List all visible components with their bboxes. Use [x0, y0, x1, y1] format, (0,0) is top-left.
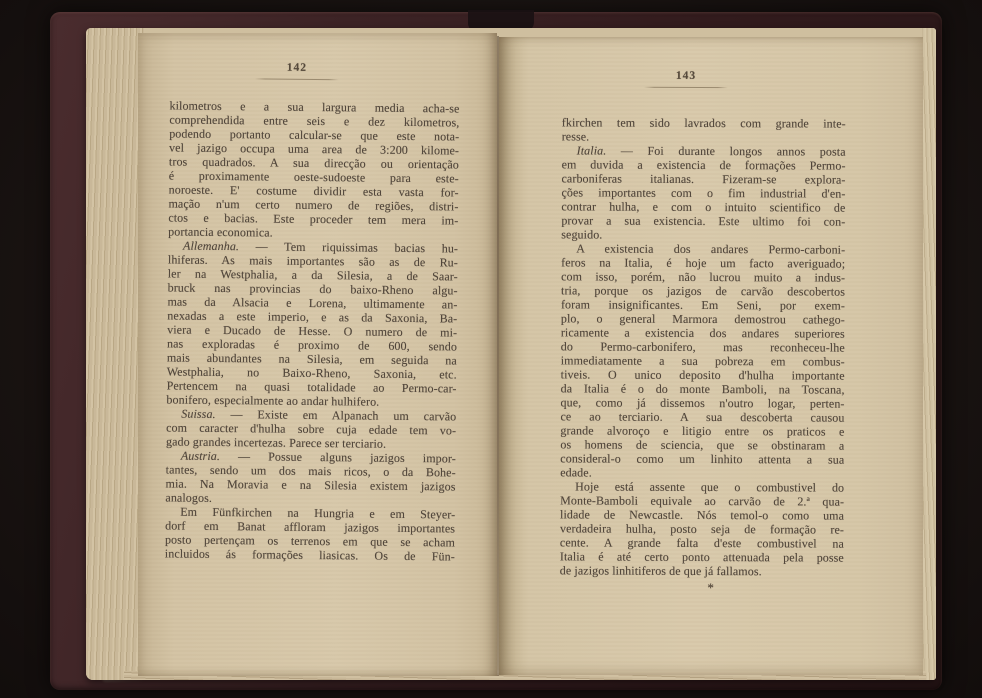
page-fore-edges-left	[86, 28, 144, 680]
text-line: A existencia dos andares Permo-carboni-	[561, 241, 845, 256]
text-line: de jazigos linhitiferos de que já fallam…	[560, 563, 844, 578]
text-line: foram insignificantes. Em Seni, por exem…	[561, 297, 845, 312]
text-line: com isso, porém, não lucrou muito a indu…	[561, 269, 845, 284]
page-left-header: 142	[152, 60, 442, 81]
text-line: Hoje está assente que o combustivel do	[560, 479, 844, 494]
text-line: contrar hulha, e com o intuito scientifi…	[561, 199, 845, 214]
book-scan-view: 142 kilometros e a sua largura media ach…	[0, 0, 982, 698]
text-line: Italia. — Foi durante longos annos posta	[562, 143, 846, 158]
page-number-left: 142	[152, 60, 442, 75]
text-line: resse.	[562, 129, 846, 144]
page-right-header: 143	[544, 69, 828, 88]
paragraph: A existencia dos andares Permo-carboni-f…	[560, 241, 845, 480]
paragraph: Hoje está assente que o combustivel doMo…	[560, 479, 844, 578]
paragraph: kilometros e a sua largura media acha-se…	[168, 98, 459, 241]
page-number-right: 143	[544, 69, 828, 82]
italic-lead-word: Austria.	[181, 449, 220, 463]
text-line: verdadeira hulha, posto seja de formação…	[560, 521, 844, 536]
text-line: seguido.	[561, 227, 845, 242]
text-line: ricamente a existencia dos andares super…	[561, 325, 845, 340]
text-line: fkirchen tem sido lavrados com grande in…	[562, 115, 846, 130]
page-right-text: fkirchen tem sido lavrados com grande in…	[560, 115, 846, 578]
italic-lead-word: Suissa.	[181, 407, 216, 421]
text-line: grande alvoroço e litigio entre os prati…	[560, 423, 844, 438]
book-gutter	[497, 36, 499, 676]
text-line: consideral-o como um linhito attenta a s…	[560, 451, 844, 466]
text-line: Monte-Bamboli equivale ao carvão de 2.ª …	[560, 493, 844, 508]
text-line: feros na Italia, é hoje um facto averigu…	[561, 255, 845, 270]
page-left-text: kilometros e a sua largura media acha-se…	[165, 98, 460, 563]
text-line: em duvida a existencia de formações Perm…	[562, 157, 846, 172]
paragraph: Austria. — Possue alguns jazigos impor-t…	[165, 448, 456, 507]
footnote-asterisk: *	[707, 580, 714, 596]
paragraph: Suissa. — Existe em Alpanach um carvãoco…	[166, 406, 456, 451]
text-line: plo, o general Marmora demostrou cathego…	[561, 311, 845, 326]
paragraph: Allemanha. — Tem riquissimas bacias hu-l…	[166, 238, 458, 409]
paragraph: Em Fünfkirchen na Hungria e em Steyer-do…	[165, 504, 456, 563]
text-line: provar a sua existencia. Este ultimo foi…	[561, 213, 845, 228]
text-line: lidade de Newcastle. Nós temol-o como um…	[560, 507, 844, 522]
text-line: do Permo-carbonifero, mas reconheceu-lhe	[561, 339, 845, 354]
text-line: immediatamente a sua pobreza em combus-	[561, 353, 845, 368]
paragraph: fkirchen tem sido lavrados com grande in…	[562, 115, 846, 144]
text-line: edade.	[560, 465, 844, 480]
text-line: da Italia é o do monte Bamboli, na Tosca…	[561, 381, 845, 396]
page-right-content: 143 fkirchen tem sido lavrados com grand…	[562, 69, 846, 70]
paragraph: Italia. — Foi durante longos annos posta…	[561, 143, 845, 242]
text-line: ce ao terciario. A sua descoberta causou	[560, 409, 844, 424]
text-line: Italia é até certo ponto attenuada pela …	[560, 549, 844, 564]
text-line: tria, porque os jazigos de carvão descob…	[561, 283, 845, 298]
italic-lead-word: Allemanha.	[183, 239, 239, 254]
italic-lead-word: Italia.	[577, 143, 607, 157]
text-line: carboniferas italianas. Fizeram-se explo…	[561, 171, 845, 186]
text-line: os homens de sciencia, que se obstinaram…	[560, 437, 844, 452]
text-line: que, como já dissemos n'outro logar, per…	[561, 395, 845, 410]
text-line: ções importantes com o fim industrial d'…	[561, 185, 845, 200]
page-fore-edges-right	[922, 28, 936, 680]
text-line: tiveis. O unico deposito d'hulha importa…	[561, 367, 845, 382]
text-line: cente. A grande falta d'este combustivel…	[560, 535, 844, 550]
